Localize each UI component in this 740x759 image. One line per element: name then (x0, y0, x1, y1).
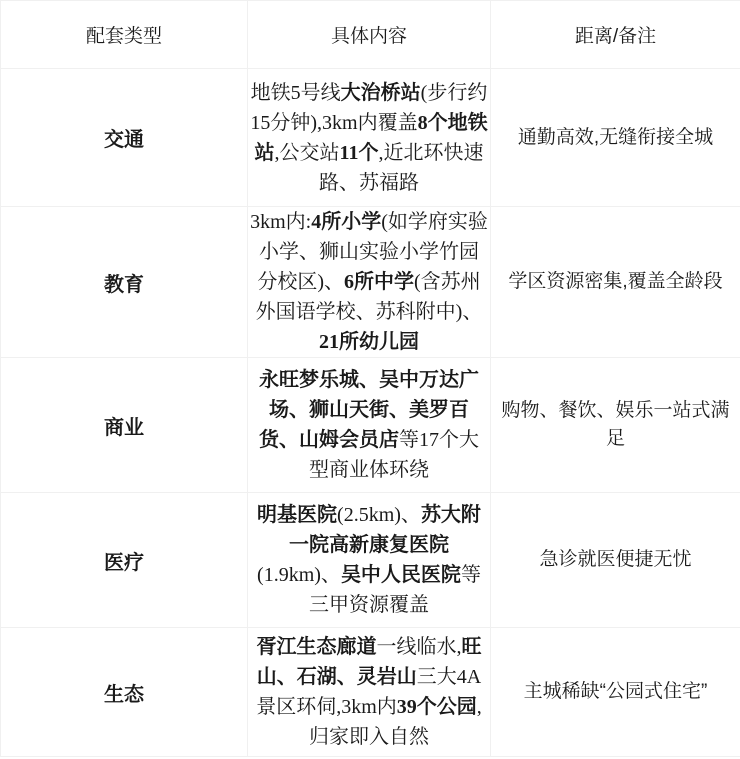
table-row-education: 教育 3km内:4所小学(如学府实验小学、狮山实验小学竹园分校区)、6所中学(含… (1, 207, 740, 358)
table-row-medical: 医疗 明基医院(2.5km)、苏大附一院高新康复医院(1.9km)、吴中人民医院… (1, 493, 740, 628)
row-remark-commerce: 购物、餐饮、娱乐一站式满足 (491, 358, 740, 493)
table-row-commerce: 商业 永旺梦乐城、吴中万达广场、狮山天街、美罗百货、山姆会员店等17个大型商业体… (1, 358, 740, 493)
row-type-label-ecology: 生态 (1, 628, 248, 757)
row-remark-medical: 急诊就医便捷无忧 (491, 493, 740, 628)
header-cell-content: 具体内容 (248, 1, 491, 69)
row-content-commerce: 永旺梦乐城、吴中万达广场、狮山天街、美罗百货、山姆会员店等17个大型商业体环绕 (248, 358, 491, 493)
row-remark-ecology: 主城稀缺“公园式住宅” (491, 628, 740, 757)
header-row: 配套类型 具体内容 距离/备注 (1, 1, 740, 69)
row-remark-education: 学区资源密集,覆盖全龄段 (491, 207, 740, 358)
header-cell-remark: 距离/备注 (491, 1, 740, 69)
row-content-education: 3km内:4所小学(如学府实验小学、狮山实验小学竹园分校区)、6所中学(含苏州外… (248, 207, 491, 358)
row-remark-transport: 通勤高效,无缝衔接全城 (491, 69, 740, 207)
row-content-ecology: 胥江生态廊道一线临水,旺山、石湖、灵岩山三大4A景区环伺,3km内39个公园,归… (248, 628, 491, 757)
table-row-ecology: 生态 胥江生态廊道一线临水,旺山、石湖、灵岩山三大4A景区环伺,3km内39个公… (1, 628, 740, 757)
row-content-transport: 地铁5号线大治桥站(步行约15分钟),3km内覆盖8个地铁站,公交站11个,近北… (248, 69, 491, 207)
row-type-label-education: 教育 (1, 207, 248, 358)
row-type-label-medical: 医疗 (1, 493, 248, 628)
table-row-transport: 交通 地铁5号线大治桥站(步行约15分钟),3km内覆盖8个地铁站,公交站11个… (1, 69, 740, 207)
row-type-label-transport: 交通 (1, 69, 248, 207)
row-type-label-commerce: 商业 (1, 358, 248, 493)
row-content-medical: 明基医院(2.5km)、苏大附一院高新康复医院(1.9km)、吴中人民医院等三甲… (248, 493, 491, 628)
amenities-table: 配套类型 具体内容 距离/备注 交通 地铁5号线大治桥站(步行约15分钟),3k… (0, 0, 740, 757)
header-cell-type: 配套类型 (1, 1, 248, 69)
